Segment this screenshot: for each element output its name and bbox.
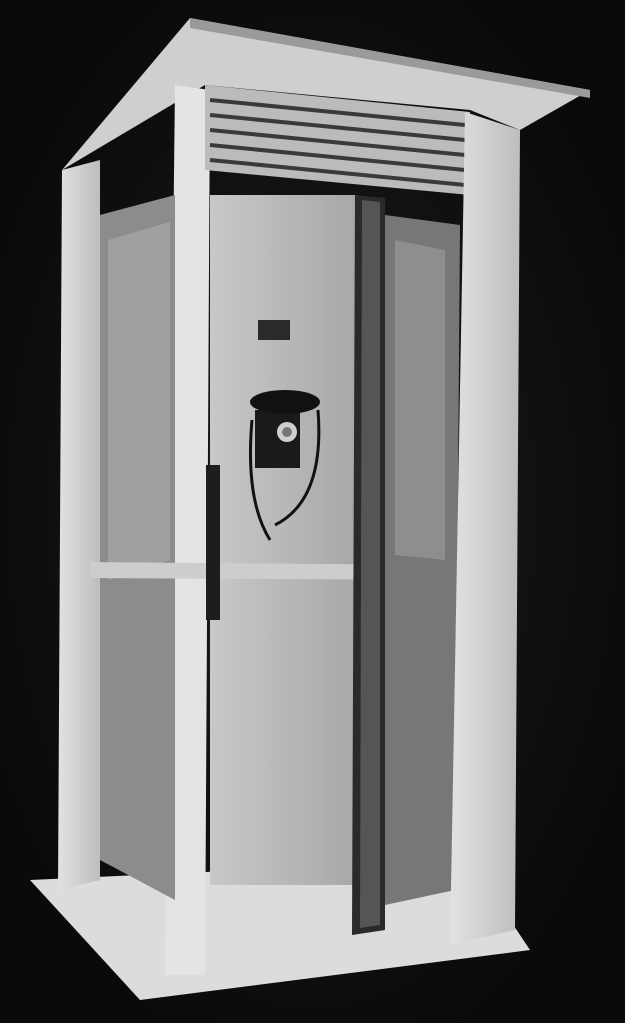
- booth-illustration: [0, 0, 625, 1023]
- coin-box: [258, 320, 290, 340]
- telephone-booth-photo: Telephone booth: [0, 0, 625, 1023]
- back-wall: [210, 195, 355, 885]
- door-handle: [206, 465, 220, 620]
- left-post: [58, 160, 100, 890]
- right-post: [450, 112, 520, 945]
